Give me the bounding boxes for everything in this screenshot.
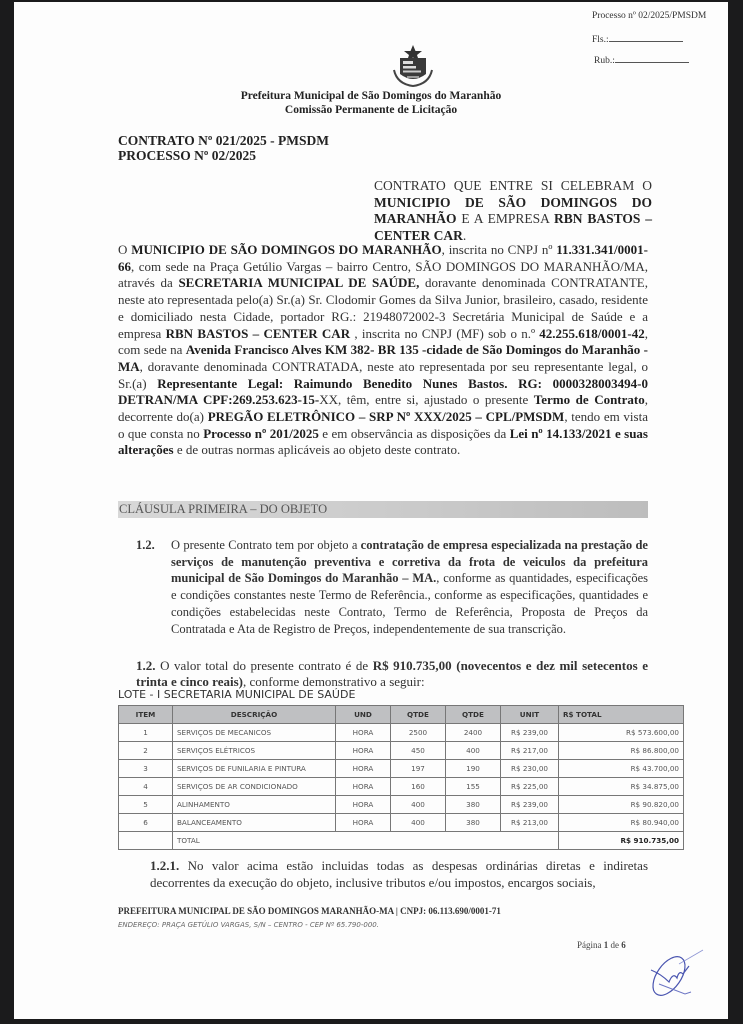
rub-blank-line bbox=[615, 54, 689, 63]
rub-label: Rub.: bbox=[594, 56, 615, 66]
preamble-text: E A EMPRESA bbox=[457, 211, 554, 226]
table-cell: 2 bbox=[119, 742, 173, 760]
footer-address: ENDEREÇO: PRAÇA GETÚLIO VARGAS, S/N – CE… bbox=[118, 921, 379, 929]
table-cell: HORA bbox=[336, 724, 391, 742]
column-header: UND bbox=[336, 706, 391, 724]
table-cell: 5 bbox=[119, 796, 173, 814]
table-cell: R$ 34.875,00 bbox=[559, 778, 684, 796]
table-cell: HORA bbox=[336, 796, 391, 814]
text: No valor acima estão incluidas todas as … bbox=[150, 858, 648, 890]
table-cell: ALINHAMENTO bbox=[173, 796, 336, 814]
bold-text: PREGÃO ELETRÔNICO – SRP Nº XXX/2025 – CP… bbox=[208, 409, 565, 424]
table-cell: 160 bbox=[391, 778, 446, 796]
item-text: O presente Contrato tem por objeto a con… bbox=[171, 537, 648, 637]
table-cell: R$ 573.600,00 bbox=[559, 724, 684, 742]
table-cell: 450 bbox=[391, 742, 446, 760]
table-cell: R$ 43.700,00 bbox=[559, 760, 684, 778]
table-cell: 190 bbox=[446, 760, 501, 778]
column-header: QTDE bbox=[446, 706, 501, 724]
price-table: ITEMDESCRIÇÃOUNDQTDEQTDEUNITR$ TOTAL 1SE… bbox=[118, 705, 684, 850]
contract-number: CONTRATO Nº 021/2025 - PMSDM bbox=[118, 133, 329, 148]
rub-field: Rub.: bbox=[594, 54, 689, 66]
table-cell: HORA bbox=[336, 778, 391, 796]
table-cell: SERVIÇOS DE MECANICOS bbox=[173, 724, 336, 742]
table-cell: SERVIÇOS ELÉTRICOS bbox=[173, 742, 336, 760]
table-cell: 3 bbox=[119, 760, 173, 778]
preamble-text: CONTRATO QUE ENTRE SI CELEBRAM O bbox=[374, 178, 652, 193]
parties-paragraph: O MUNICIPIO DE SÃO DOMINGOS DO MARANHÃO,… bbox=[118, 242, 648, 459]
bold-text: Processo nº 201/2025 bbox=[203, 426, 319, 441]
table-cell: R$ 239,00 bbox=[501, 724, 559, 742]
table-cell: R$ 86.800,00 bbox=[559, 742, 684, 760]
org-name: Prefeitura Municipal de São Domingos do … bbox=[14, 90, 728, 102]
total-value: R$ 910.735,00 bbox=[559, 832, 684, 850]
bold-text: 42.255.618/0001-42 bbox=[539, 326, 644, 341]
page-total: 6 bbox=[621, 940, 626, 950]
text: , conforme demonstrativo a seguir: bbox=[243, 674, 425, 689]
text: O bbox=[118, 242, 131, 257]
table-row: 2SERVIÇOS ELÉTRICOSHORA450400R$ 217,00R$… bbox=[119, 742, 684, 760]
column-header: QTDE bbox=[391, 706, 446, 724]
document-page: Processo nº 02/2025/PMSDM Fls.: Rub.: Pr… bbox=[14, 2, 728, 1019]
table-cell: 1 bbox=[119, 724, 173, 742]
table-cell: R$ 80.940,00 bbox=[559, 814, 684, 832]
table-cell: HORA bbox=[336, 742, 391, 760]
bold-text: RBN BASTOS – CENTER CAR bbox=[166, 326, 351, 341]
table-cell: R$ 217,00 bbox=[501, 742, 559, 760]
fls-label: Fls.: bbox=[592, 35, 609, 45]
column-header: R$ TOTAL bbox=[559, 706, 684, 724]
clause-item-1-2-1: 1.2.1. No valor acima estão incluidas to… bbox=[150, 858, 648, 891]
signature-icon bbox=[639, 942, 709, 1002]
clause-item-1-2-object: 1.2. O presente Contrato tem por objeto … bbox=[136, 537, 648, 637]
table-cell: R$ 90.820,00 bbox=[559, 796, 684, 814]
table-cell: HORA bbox=[336, 760, 391, 778]
table-cell: HORA bbox=[336, 814, 391, 832]
process-reference: Processo nº 02/2025/PMSDM bbox=[592, 11, 706, 21]
table-header-row: ITEMDESCRIÇÃOUNDQTDEQTDEUNITR$ TOTAL bbox=[119, 706, 684, 724]
table-cell bbox=[119, 832, 173, 850]
table-cell: 155 bbox=[446, 778, 501, 796]
table-row: 5ALINHAMENTOHORA400380R$ 239,00R$ 90.820… bbox=[119, 796, 684, 814]
column-header: ITEM bbox=[119, 706, 173, 724]
fls-field: Fls.: bbox=[592, 33, 683, 45]
text: O presente Contrato tem por objeto a bbox=[171, 538, 361, 552]
column-header: UNIT bbox=[501, 706, 559, 724]
table-cell: 380 bbox=[446, 814, 501, 832]
table-body: 1SERVIÇOS DE MECANICOSHORA25002400R$ 239… bbox=[119, 724, 684, 850]
table-cell: SERVIÇOS DE AR CONDICIONADO bbox=[173, 778, 336, 796]
table-total-row: TOTALR$ 910.735,00 bbox=[119, 832, 684, 850]
text: , inscrita no CNPJ (MF) sob o n.º bbox=[350, 326, 539, 341]
text: , inscrita no CNPJ nº bbox=[442, 242, 557, 257]
text: O valor total do presente contrato é de bbox=[156, 658, 373, 673]
table-cell: R$ 213,00 bbox=[501, 814, 559, 832]
table-cell: R$ 239,00 bbox=[501, 796, 559, 814]
contract-preamble: CONTRATO QUE ENTRE SI CELEBRAM O MUNICIP… bbox=[374, 178, 652, 244]
fls-blank-line bbox=[609, 33, 683, 42]
total-label: TOTAL bbox=[173, 832, 559, 850]
org-commission: Comissão Permanente de Licitação bbox=[14, 104, 728, 116]
item-number: 1.2. bbox=[136, 537, 155, 554]
table-cell: 197 bbox=[391, 760, 446, 778]
table-cell: R$ 225,00 bbox=[501, 778, 559, 796]
text: XX, têm, entre si, ajustado o presente bbox=[319, 392, 534, 407]
table-cell: 2400 bbox=[446, 724, 501, 742]
table-cell: R$ 230,00 bbox=[501, 760, 559, 778]
table-cell: 400 bbox=[446, 742, 501, 760]
table-cell: 2500 bbox=[391, 724, 446, 742]
process-number: PROCESSO Nº 02/2025 bbox=[118, 148, 329, 163]
text: e de outras normas aplicáveis ao objeto … bbox=[174, 442, 461, 457]
page-sep: de bbox=[608, 940, 621, 950]
table-cell: BALANCEAMENTO bbox=[173, 814, 336, 832]
table-cell: SERVIÇOS DE FUNILARIA E PINTURA bbox=[173, 760, 336, 778]
table-row: 1SERVIÇOS DE MECANICOSHORA25002400R$ 239… bbox=[119, 724, 684, 742]
bold-text: SECRETARIA MUNICIPAL DE SAÚDE, bbox=[178, 275, 419, 290]
table-cell: 4 bbox=[119, 778, 173, 796]
coat-of-arms-icon bbox=[385, 44, 441, 88]
column-header: DESCRIÇÃO bbox=[173, 706, 336, 724]
bold-text: MUNICIPIO DE SÃO DOMINGOS DO MARANHÃO bbox=[131, 242, 441, 257]
clause-item-1-2-value: 1.2. O valor total do presente contrato … bbox=[136, 658, 648, 690]
table-row: 6BALANCEAMENTOHORA400380R$ 213,00R$ 80.9… bbox=[119, 814, 684, 832]
bold-text: 1.2.1. bbox=[150, 858, 179, 873]
clause-title: CLÁUSULA PRIMEIRA – DO OBJETO bbox=[118, 501, 648, 518]
preamble-text: . bbox=[463, 228, 466, 243]
page-number: Página 1 de 6 bbox=[577, 940, 626, 950]
lote-title: LOTE - I SECRETARIA MUNICIPAL DE SAÚDE bbox=[118, 688, 355, 701]
table-row: 4SERVIÇOS DE AR CONDICIONADOHORA160155R$… bbox=[119, 778, 684, 796]
table-row: 3SERVIÇOS DE FUNILARIA E PINTURAHORA1971… bbox=[119, 760, 684, 778]
table-cell: 400 bbox=[391, 814, 446, 832]
table-cell: 6 bbox=[119, 814, 173, 832]
bold-text: 1.2. bbox=[136, 658, 156, 673]
contract-heading: CONTRATO Nº 021/2025 - PMSDM PROCESSO Nº… bbox=[118, 133, 329, 163]
bold-text: Termo de Contrato bbox=[534, 392, 645, 407]
table-cell: 380 bbox=[446, 796, 501, 814]
table-cell: 400 bbox=[391, 796, 446, 814]
page-prefix: Página bbox=[577, 940, 604, 950]
text: e em observância as disposições da bbox=[319, 426, 510, 441]
footer-org: PREFEITURA MUNICIPAL DE SÃO DOMINGOS MAR… bbox=[118, 906, 501, 916]
